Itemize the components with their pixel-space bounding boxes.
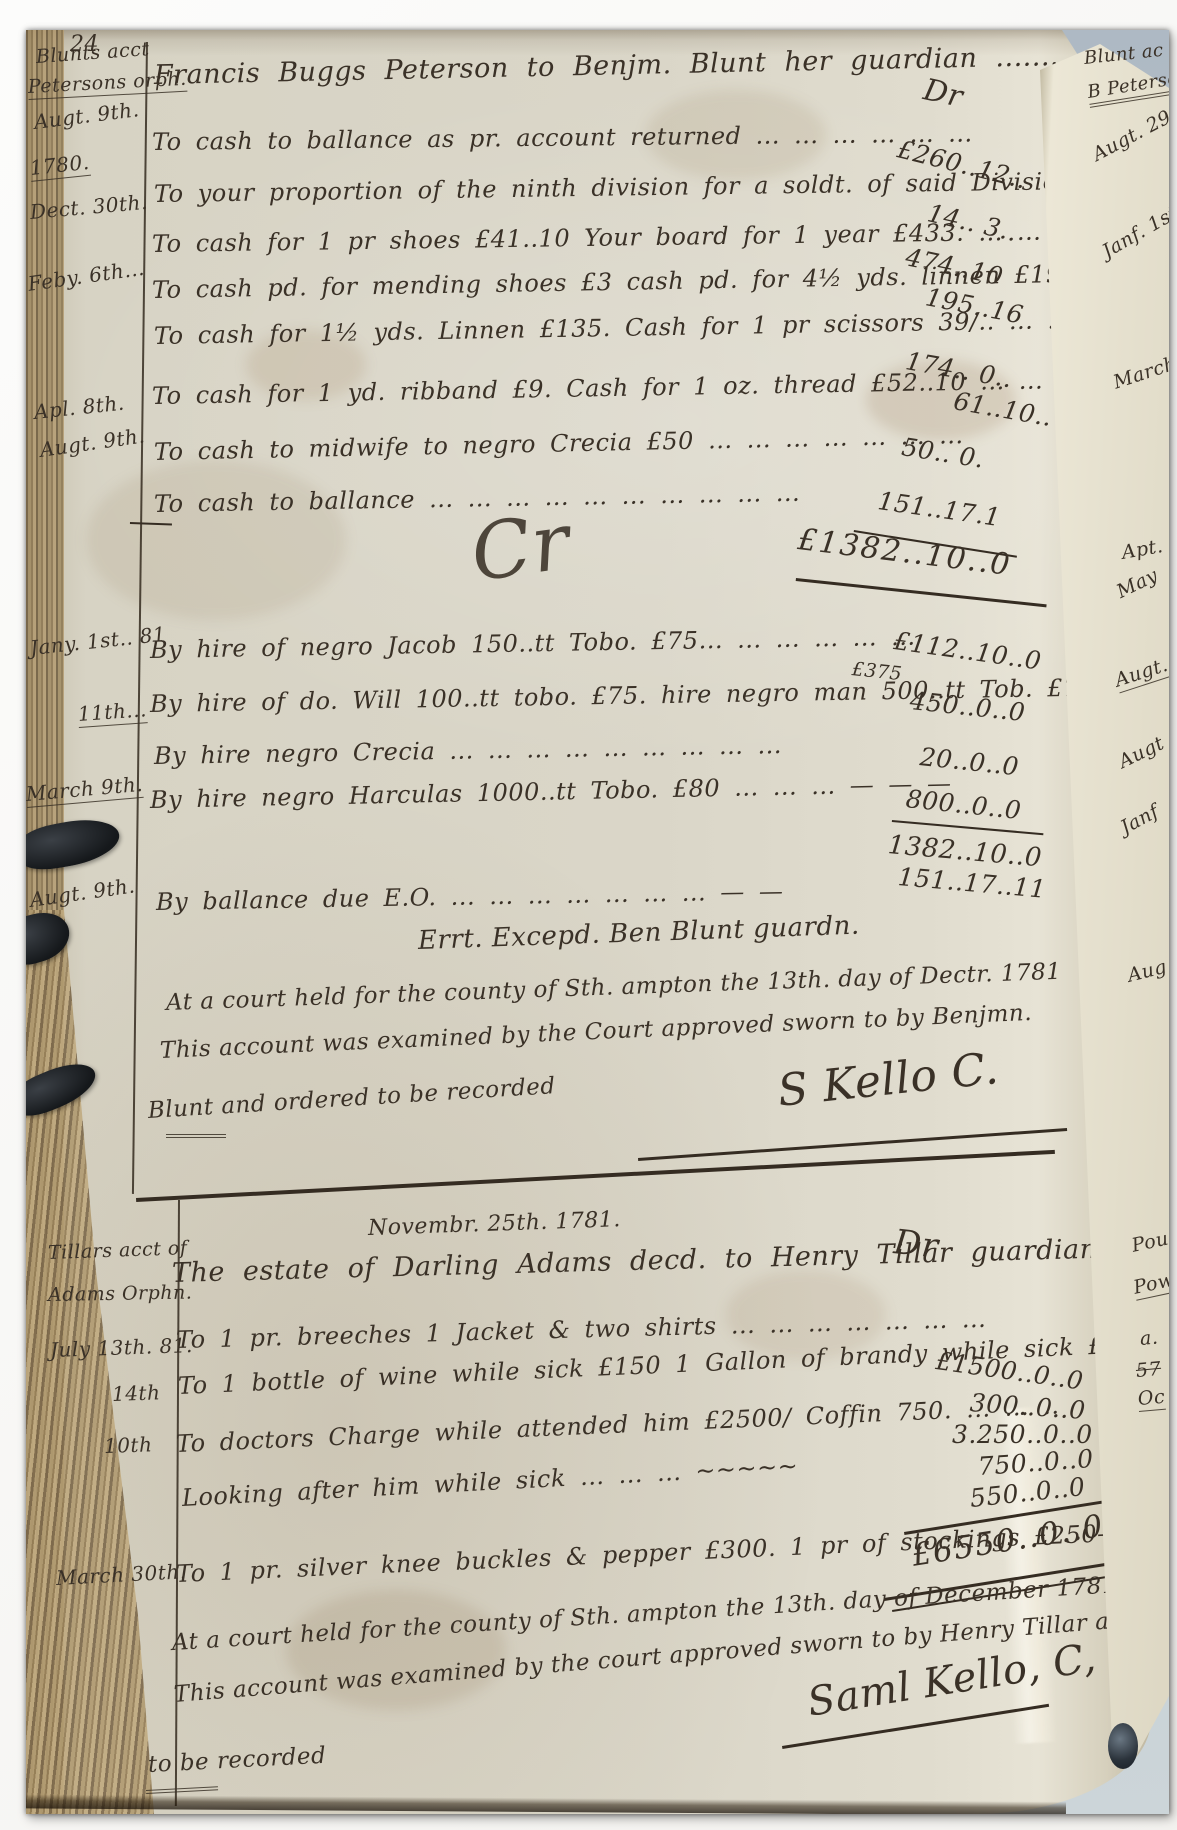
binding-screw <box>1108 1723 1138 1769</box>
facing-page-snippet: Oc <box>1137 1386 1166 1412</box>
margin-date: 10th <box>104 1432 153 1458</box>
ledger-photo: 24 Blunts acct Petersons orph. Augt. 9th… <box>26 30 1169 1814</box>
facing-page-snippet: a. <box>1139 1326 1159 1350</box>
credit-flourish: Cr <box>466 497 576 600</box>
margin-date: 11th... <box>77 697 148 728</box>
adams-margin-heading-2: Adams Orphn. <box>48 1281 193 1306</box>
margin-date: July 13th. 81. <box>50 1333 194 1362</box>
paper-stain <box>86 460 346 620</box>
margin-date: 14th <box>112 1380 161 1406</box>
facing-page-snippet: 57 <box>1135 1358 1162 1382</box>
scan-frame: 24 Blunts acct Petersons orph. Augt. 9th… <box>0 0 1177 1830</box>
attestation-underline <box>166 1130 226 1138</box>
adams-dr-mark: Dr <box>892 1222 940 1266</box>
facing-page-snippet: Blunt ac <box>1083 40 1165 69</box>
